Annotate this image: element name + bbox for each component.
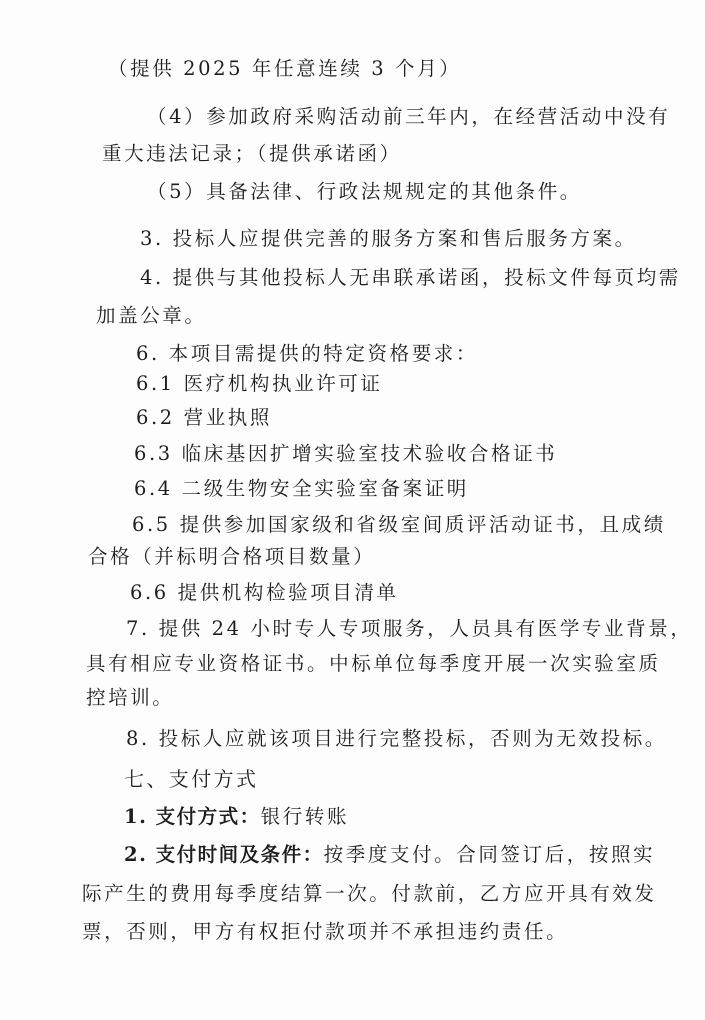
payment-time-cont2: 票，否则，甲方有权拒付款项并不承担违约责任。 xyxy=(82,920,568,944)
text-line-item-4b: 4. 提供与其他投标人无串联承诺函，投标文件每页均需 xyxy=(140,266,681,290)
text-line-item-7-cont: 具有相应专业资格证书。中标单位每季度开展一次实验室质 xyxy=(86,652,661,676)
text-line-item-8: 8. 投标人应就该项目进行完整投标，否则为无效投标。 xyxy=(126,727,667,751)
text-line-item-5: （5）具备法律、行政法规规定的其他条件。 xyxy=(147,180,582,204)
text-line-item-7: 7. 提供 24 小时专人专项服务，人员具有医学专业背景， xyxy=(126,617,692,641)
text-line-item-3: 3. 投标人应提供完善的服务方案和售后服务方案。 xyxy=(140,227,637,251)
text-line-item-7-cont2: 控培训。 xyxy=(86,686,174,710)
payment-method-value: 银行转账 xyxy=(261,805,349,828)
text-line-period-note: （提供 2025 年任意连续 3 个月） xyxy=(108,57,461,81)
payment-time-cont: 际产生的费用每季度结算一次。付款前，乙方应开具有效发 xyxy=(82,882,657,906)
text-line-item-6-6: 6.6 提供机构检验项目清单 xyxy=(130,581,399,605)
text-line-item-6-3: 6.3 临床基因扩增实验室技术验收合格证书 xyxy=(134,442,557,466)
section-heading-payment: 七、支付方式 xyxy=(124,767,258,791)
text-line-item-6-5: 6.5 提供参加国家级和省级室间质评活动证书，且成绩 xyxy=(132,513,666,537)
text-line-item-6-1: 6.1 医疗机构执业许可证 xyxy=(136,372,383,396)
text-line-item-6-2: 6.2 营业执照 xyxy=(136,406,272,430)
text-line-item-4-cont: 重大违法记录；（提供承诺函） xyxy=(102,142,402,166)
payment-method-label: 1. 支付方式： xyxy=(124,805,261,828)
payment-time-label: 2. 支付时间及条件： xyxy=(124,843,324,866)
payment-method-row: 1. 支付方式：银行转账 xyxy=(124,805,349,829)
payment-time-value: 按季度支付。合同签订后，按照实 xyxy=(324,843,656,866)
text-line-item-6-4: 6.4 二级生物安全实验室备案证明 xyxy=(134,477,469,501)
text-line-item-4: （4）参加政府采购活动前三年内，在经营活动中没有 xyxy=(147,105,670,129)
text-line-item-6-5-cont: 合格（并标明合格项目数量） xyxy=(88,545,375,569)
document-page: （提供 2025 年任意连续 3 个月） （4）参加政府采购活动前三年内，在经营… xyxy=(0,0,705,1020)
payment-time-row: 2. 支付时间及条件：按季度支付。合同签订后，按照实 xyxy=(124,843,655,867)
text-line-item-6: 6. 本项目需提供的特定资格要求： xyxy=(136,342,478,366)
text-line-item-4b-cont: 加盖公章。 xyxy=(96,304,207,328)
